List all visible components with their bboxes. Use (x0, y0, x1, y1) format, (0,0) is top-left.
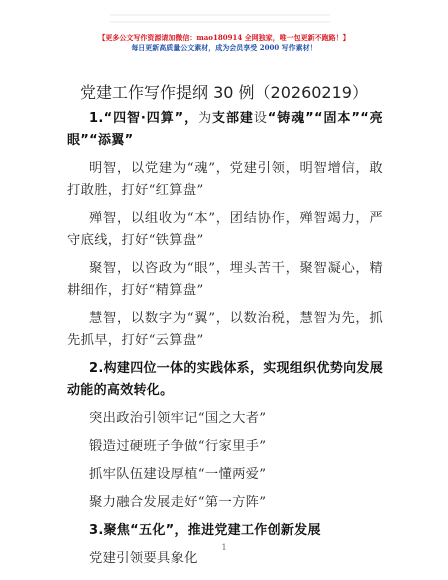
promo-line1-left: 【更多公文写作资源请加微信：mao180914 (98, 33, 244, 42)
paragraph: 抓牢队伍建设厚植“一懂两爱” (67, 464, 383, 486)
promo-banner-line-2: 每日更新高质量公文素材，成为会员享受 2000 写作素材！ (0, 43, 448, 53)
paragraph: 锻造过硬班子争做“行家里手” (67, 436, 383, 458)
faint-watermark-header (110, 14, 330, 26)
document-title: 党建工作写作提纲 30 例（20260219） (0, 80, 448, 103)
section-2-heading: 2.构建四位一体的实践体系，实现组织优势向发展动能的高效转化。 (67, 358, 383, 402)
paragraph: 殚智，以组收为“本”，团结协作，殚智竭力，严守底线，打好“铁算盘” (67, 208, 383, 252)
heading-1-part: 为 (198, 111, 212, 126)
section-3-heading: 3.聚焦“五化”，推进党建工作创新发展 (67, 520, 383, 542)
heading-1-part: 支部建 (212, 111, 254, 126)
paragraph: 聚智，以咨政为“眼”，埋头苦干，聚智凝心，精耕细作，打好“精算盘” (67, 258, 383, 302)
document-body: 1.“四智·四算”，为支部建设“铸魂”“固本”“亮眼”“添翼” 明智，以党建为“… (67, 108, 383, 576)
paragraph: 慧智，以数字为“翼”，以数治税，慧智为先，抓先抓早，打好“云算盘” (67, 308, 383, 352)
page-number: 1 (0, 543, 448, 552)
paragraph: 明智，以党建为“魂”，党建引领，明智增信，敢打敢胜，打好“红算盘” (67, 158, 383, 202)
paragraph: 突出政治引领牢记“国之大者” (67, 408, 383, 430)
heading-1-part: 设 (254, 111, 268, 126)
heading-1-part: 1.“四智·四算”， (89, 111, 198, 126)
promo-line1-right: 全网独家，唯一包更新不跑路！】 (245, 33, 350, 42)
promo-banner-line-1: 【更多公文写作资源请加微信：mao180914 全网独家，唯一包更新不跑路！】 (0, 33, 448, 43)
section-1-heading: 1.“四智·四算”，为支部建设“铸魂”“固本”“亮眼”“添翼” (67, 108, 383, 152)
paragraph: 聚力融合发展走好“第一方阵” (67, 492, 383, 514)
